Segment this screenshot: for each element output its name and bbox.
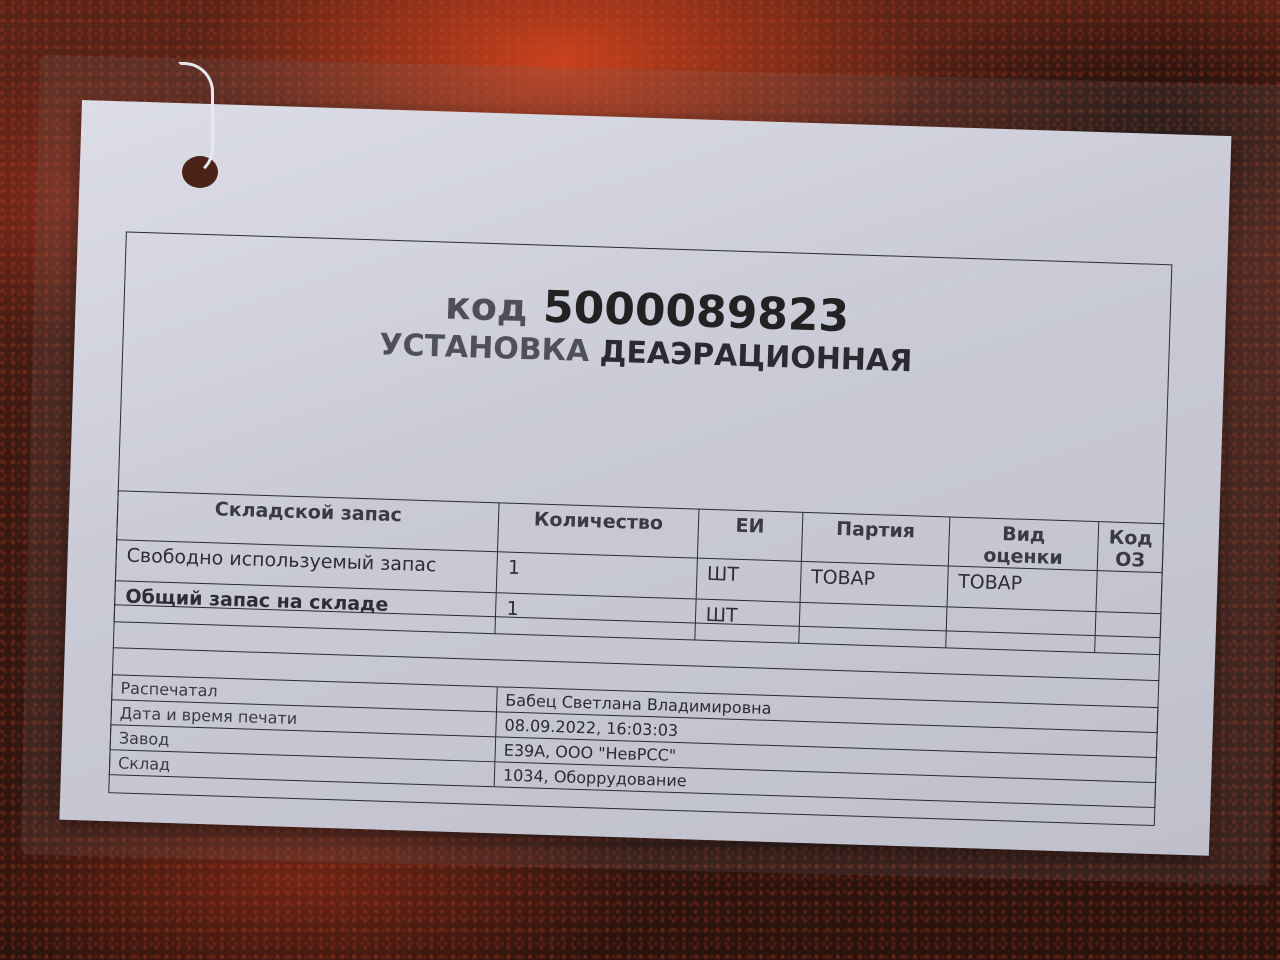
col-code-oz: Код ОЗ	[1097, 522, 1163, 573]
row-batch: ТОВАР	[800, 561, 948, 607]
code-prefix: код	[444, 284, 528, 331]
row-qty: 1	[497, 552, 697, 599]
stock-label: код 5000089823 УСТАНОВКА ДЕАЭРАЦИОННАЯ С…	[59, 100, 1231, 856]
row-valuation: ТОВАР	[947, 566, 1097, 612]
col-valuation: Вид оценки	[948, 517, 1099, 571]
print-info-table: Распечатал Бабец Светлана Владимировна Д…	[109, 674, 1159, 808]
row-unit: ШТ	[696, 558, 801, 602]
wire-ring-icon	[178, 62, 214, 178]
title-word-1: УСТАНОВКА	[379, 327, 590, 369]
label-header: код 5000089823 УСТАНОВКА ДЕАЭРАЦИОННАЯ	[123, 270, 1170, 388]
col-unit: ЕИ	[697, 509, 803, 561]
col-batch: Партия	[801, 512, 950, 566]
label-frame: код 5000089823 УСТАНОВКА ДЕАЭРАЦИОННАЯ С…	[108, 231, 1172, 826]
col-qty: Количество	[498, 503, 699, 558]
row-code-oz	[1096, 571, 1162, 614]
